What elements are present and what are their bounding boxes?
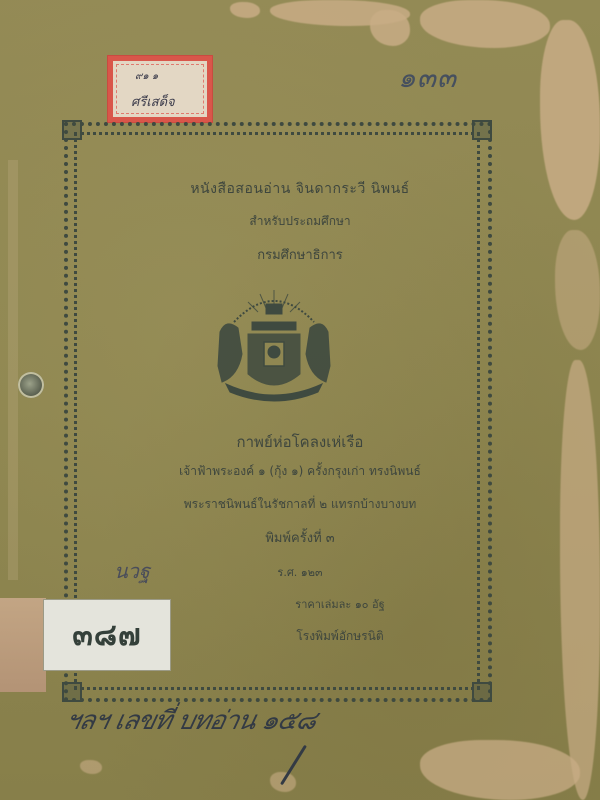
library-label: ๙๑ ๑ ศรีเสด็จ — [108, 56, 212, 122]
wear-patch — [80, 760, 102, 774]
border-corner — [62, 682, 82, 702]
border-corner — [472, 120, 492, 140]
wear-patch — [420, 0, 550, 48]
author-line: เจ้าฟ้าพระองค์ ๑ (กุ้ง ๑) ครั้งกรุงเก่า … — [0, 462, 600, 481]
book-subtitle: สำหรับประถมศึกษา — [0, 212, 600, 231]
book-cover: ๙๑ ๑ ศรีเสด็จ ๑๓๓ หนังสือสอนอ่าน จินดากร… — [0, 0, 600, 800]
publisher-department: กรมศึกษาธิการ — [0, 244, 600, 265]
book-series-title: หนังสือสอนอ่าน จินดากระวี นิพนธ์ — [0, 178, 600, 200]
wear-patch — [370, 10, 410, 46]
binding-grommet-icon — [18, 372, 44, 398]
handwritten-number-top: ๑๓๓ — [398, 56, 457, 100]
border-corner — [62, 120, 82, 140]
era-year: ร.ศ. ๑๒๓ — [0, 563, 600, 581]
edition: พิมพ์ครั้งที่ ๓ — [0, 527, 600, 548]
library-label-line2: ศรีเสด็จ — [131, 91, 175, 112]
royal-coat-of-arms-icon — [212, 286, 336, 404]
call-number-label: ๓๘๗ — [44, 600, 170, 670]
handwritten-note-left: นวฐ — [114, 555, 150, 587]
note-line: พระราชนิพนธ์ในรัชกาลที่ ๒ แทรกบ้างบางบท — [0, 495, 600, 514]
wear-patch — [230, 2, 260, 18]
border-corner — [472, 682, 492, 702]
handwritten-signature: ฯลฯ เลขที่ บทอ่าน ๑๕๘ — [62, 700, 320, 741]
library-label-line1: ๙๑ ๑ — [135, 69, 158, 84]
work-title: กาพย์ห่อโคลงเห่เรือ — [0, 430, 600, 454]
wear-patch — [420, 740, 580, 800]
tape-patch — [0, 598, 46, 692]
call-number: ๓๘๗ — [72, 612, 141, 659]
